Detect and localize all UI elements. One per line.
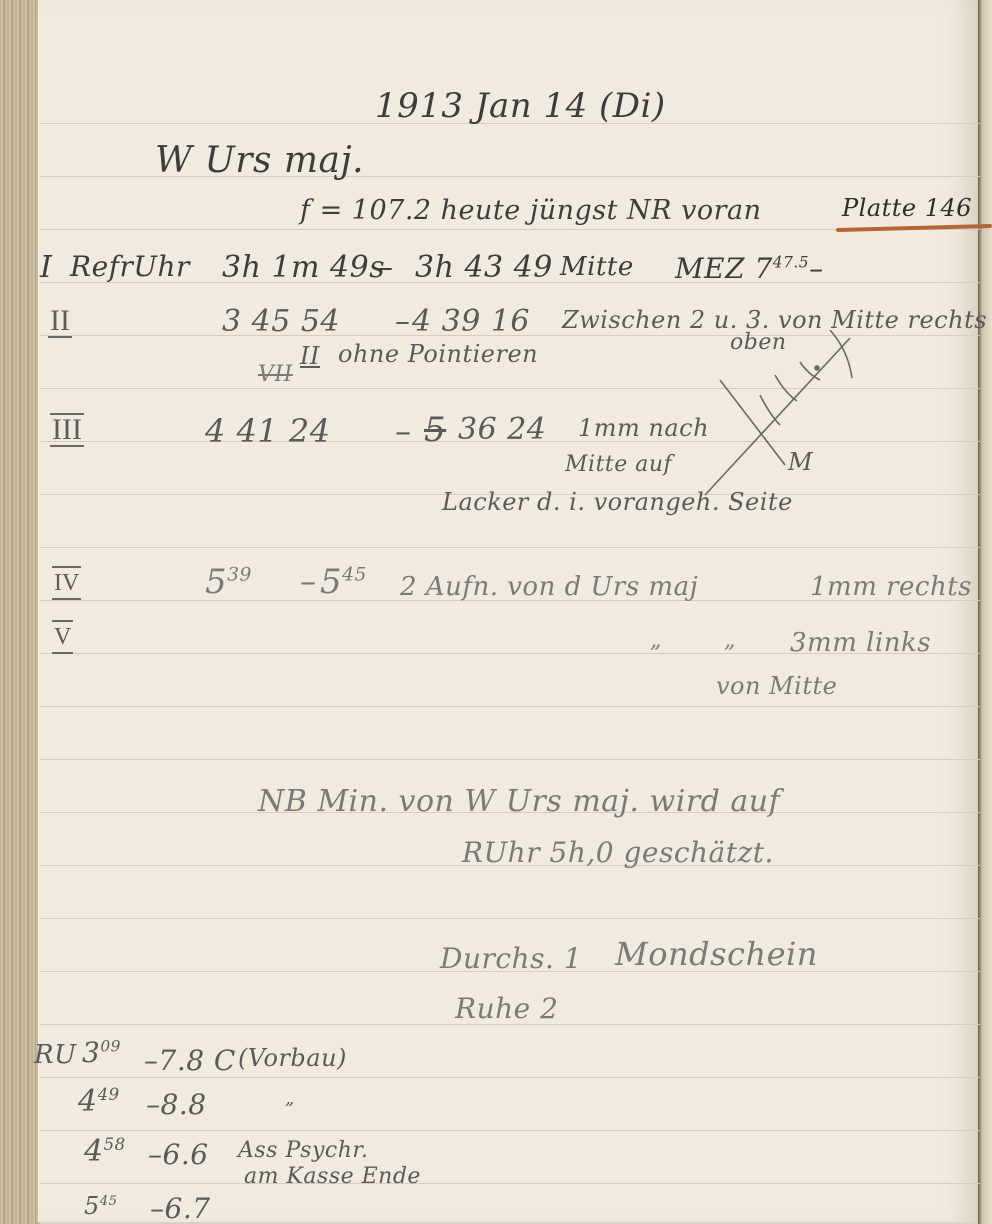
exposure-4-dash: – [300,562,317,600]
exposure-3-start: 4 41 24 [205,412,331,450]
exposure-3-note2: Mitte auf [565,452,672,477]
temp-row-3-time: 458 [84,1134,126,1169]
temp-row-1-value: –7.8 C [144,1044,236,1077]
book-gutter [978,0,992,1224]
temp-row-3-note2: am Kasse Ende [244,1164,421,1189]
ruled-line [40,918,980,919]
exposure-5-offset: 3mm links [790,628,931,658]
exposure-2-sub-note: ohne Pointieren [338,340,538,368]
exposure-3-dash: – [395,412,412,450]
ruled-line [40,759,980,760]
temp-row-3-note: Ass Psychr. [238,1138,368,1163]
exposure-2-end: 4 39 16 [412,304,530,339]
nb-note-line1: NB Min. von W Urs maj. wird auf [258,784,780,819]
exposure-5-ditto-1: „ [650,628,662,653]
nb-note-line2: RUhr 5h,0 geschätzt. [462,836,774,869]
exposure-2-struck-roman: VII [258,362,293,387]
exposure-1-end: 3h 43 49 [415,250,553,285]
exposure-1-start: 3h 1m 49s [222,250,385,285]
observed-object: W Urs maj. [155,140,364,181]
exposure-4-offset: 1mm rechts [810,572,972,602]
exposure-1-roman: I [40,250,52,285]
exposure-4-start: 539 [205,562,252,602]
exposure-3-note: 1mm nach [578,414,709,442]
plate-number: Platte 146 [842,194,972,222]
exposure-4-note: 2 Aufn. von d Urs maj [400,572,698,602]
exposure-3-end-struck: 5 [424,410,446,450]
exposure-1-dash: – [378,250,394,285]
exposure-2-roman: II [48,306,72,338]
exposure-4-roman: IV [52,566,81,600]
ruled-line [40,547,980,548]
temp-row-2-value: –8.8 [146,1088,207,1121]
sketch-diagram: M [700,320,890,500]
sketch-label: M [787,448,814,476]
focus-note: f = 107.2 heute jüngst NR voran [300,195,762,226]
moonlight-note: Mondschein [615,935,818,973]
temp-row-4-time: 545 [84,1192,118,1220]
temp-row-2-time: 449 [78,1084,120,1119]
exposure-1-note: Mitte [560,252,634,282]
temp-row-2-note: „ [285,1088,295,1109]
exposure-1-extra: MEZ 747.5– [675,252,824,285]
temp-prefix: RU [34,1040,77,1070]
entry-date: 1913 Jan 14 (Di) [375,86,666,126]
ruled-line [40,1130,980,1131]
exposure-3-end: 36 24 [458,412,546,447]
exposure-5-note2: von Mitte [716,672,837,700]
transparency-rating: Durchs. 1 [440,942,582,975]
seeing-rating: Ruhe 2 [455,992,558,1025]
exposure-5-roman: V [52,620,73,654]
temp-row-4-value: –6.7 [150,1192,211,1224]
exposure-1-label: RefrUhr [70,250,190,283]
exposure-3-roman: III [50,413,84,447]
ruled-line [40,1183,980,1184]
temp-row-3-value: –6.6 [148,1138,209,1171]
exposure-2-start: 3 45 54 [222,304,340,339]
exposure-4-end: 545 [320,562,367,602]
temp-row-1-time: 309 [82,1036,121,1069]
ruled-line [40,1077,980,1078]
exposure-5-ditto-2: „ [724,628,736,653]
temp-row-1-note: (Vorbau) [238,1044,347,1072]
exposure-2-dash: – [395,304,411,339]
ruled-line [40,706,980,707]
exposure-2-sub-roman: II [300,342,320,370]
notebook-page [36,0,982,1222]
